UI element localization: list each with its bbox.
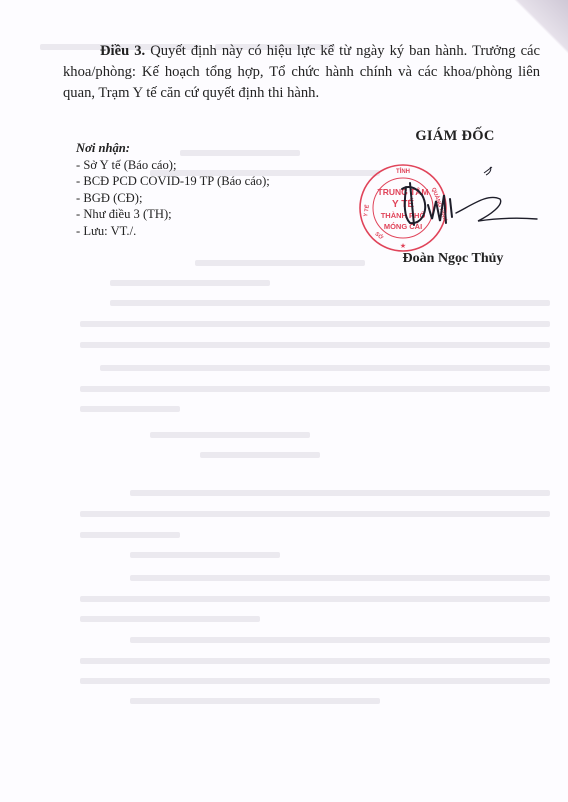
handwritten-signature: [392, 165, 542, 235]
recipients-title: Nơi nhận:: [76, 140, 270, 157]
svg-text:★: ★: [400, 242, 406, 250]
recipient-item: - Lưu: VT./.: [76, 223, 270, 240]
article-3-first-line: Điều 3. Quyết định này có hiệu lực kể từ…: [63, 41, 540, 62]
recipient-item: - Như điều 3 (TH);: [76, 206, 270, 223]
signer-name: Đoàn Ngọc Thủy: [378, 251, 528, 267]
signature-block: GIÁM ĐỐC Đoàn Ngọc Thủy: [380, 128, 530, 145]
recipient-item: - Sở Y tế (Báo cáo);: [76, 157, 270, 174]
recipient-item: - BCĐ PCD COVID-19 TP (Báo cáo);: [76, 173, 270, 190]
bleed-through-texture: [0, 0, 568, 802]
article-3-label: Điều 3.: [100, 43, 145, 59]
article-3-paragraph: Điều 3. Quyết định này có hiệu lực kể từ…: [63, 41, 540, 104]
signer-role: GIÁM ĐỐC: [380, 128, 530, 145]
stamp-ring-left: Y TẾ: [362, 204, 371, 217]
article-3-line1: Quyết định này có hiệu lực kể từ ngày ký…: [145, 43, 540, 59]
recipient-item: - BGĐ (CĐ);: [76, 190, 270, 207]
article-3-rest: khoa/phòng: Kế hoạch tổng hợp, Tổ chức h…: [63, 64, 540, 101]
recipients-block: Nơi nhận: - Sở Y tế (Báo cáo); - BCĐ PCD…: [76, 140, 270, 239]
